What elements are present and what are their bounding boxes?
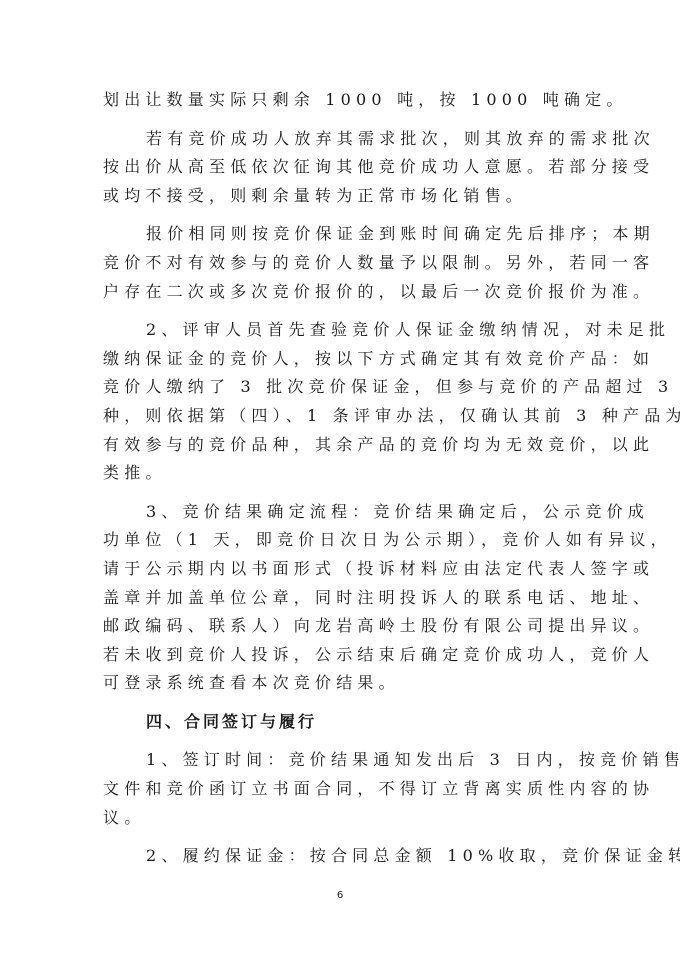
text-line: 竞价人缴纳了 3 批次竞价保证金，但参与竞价的产品超过 3 — [103, 373, 579, 402]
document-page: 划出让数量实际只剩余 1000 吨，按 1000 吨确定。 若有竞价成功人放弃其… — [0, 0, 680, 961]
text-line: 报价相同则按竞价保证金到账时间确定先后排序；本期 — [146, 220, 579, 249]
text-line: 缴纳保证金的竞价人，按以下方式确定其有效竞价产品：如 — [103, 345, 579, 374]
paragraph-result-process: 3、竞价结果确定流程：竞价结果确定后，公示竞价成 功单位（1 天，即竞价日次日为… — [103, 498, 579, 698]
text-line: 2、履约保证金：按合同总金额 10%收取，竞价保证金转 — [146, 842, 579, 871]
text-line: 种，则依据第（四）、1 条评审办法，仅确认其前 3 种产品为 — [103, 402, 579, 431]
text-line: 请于公示期内以书面形式（投诉材料应由法定代表人签字或 — [103, 555, 579, 584]
text-line: 或均不接受，则剩余量转为正常市场化销售。 — [103, 182, 579, 211]
text-line: 若有竞价成功人放弃其需求批次，则其放弃的需求批次 — [146, 125, 579, 154]
section-heading-contract: 四、合同签订与履行 — [103, 708, 579, 737]
text-line: 盖章并加盖单位公章，同时注明投诉人的联系电话、地址、 — [103, 584, 579, 613]
text-line: 竞价不对有效参与的竞价人数量予以限制。另外，若同一客 — [103, 249, 579, 278]
text-line: 类推。 — [103, 459, 579, 488]
text-line: 按出价从高至低依次征询其他竞价成功人意愿。若部分接受 — [103, 153, 579, 182]
paragraph-same-price-ordering: 报价相同则按竞价保证金到账时间确定先后排序；本期 竞价不对有效参与的竞价人数量予… — [103, 220, 579, 306]
text-line: 3、竞价结果确定流程：竞价结果确定后，公示竞价成 — [146, 498, 579, 527]
paragraph-signing-time: 1、签订时间：竞价结果通知发出后 3 日内，按竞价销售 文件和竞价函订立书面合同… — [103, 746, 579, 832]
text-line: 邮政编码、联系人）向龙岩高岭土股份有限公司提出异议。 — [103, 612, 579, 641]
paragraph-performance-bond: 2、履约保证金：按合同总金额 10%收取，竞价保证金转 — [103, 842, 579, 871]
paragraph-review-deposit: 2、评审人员首先查验竞价人保证金缴纳情况，对未足批 缴纳保证金的竞价人，按以下方… — [103, 316, 579, 488]
document-body: 划出让数量实际只剩余 1000 吨，按 1000 吨确定。 若有竞价成功人放弃其… — [103, 86, 579, 881]
heading-text: 四、合同签订与履行 — [146, 708, 579, 737]
text-line: 户存在二次或多次竞价报价的，以最后一次竞价报价为准。 — [103, 278, 579, 307]
text-line: 2、评审人员首先查验竞价人保证金缴纳情况，对未足批 — [146, 316, 579, 345]
paragraph-continuation: 划出让数量实际只剩余 1000 吨，按 1000 吨确定。 — [103, 86, 579, 115]
page-number: 6 — [0, 890, 680, 901]
text-line: 功单位（1 天，即竞价日次日为公示期），竞价人如有异议， — [103, 526, 579, 555]
text-line: 划出让数量实际只剩余 1000 吨，按 1000 吨确定。 — [103, 86, 579, 115]
text-line: 若未收到竞价人投诉，公示结束后确定竞价成功人，竞价人 — [103, 641, 579, 670]
text-line: 可登录系统查看本次竞价结果。 — [103, 669, 579, 698]
text-line: 议。 — [103, 804, 579, 833]
text-line: 有效参与的竞价品种，其余产品的竞价均为无效竞价，以此 — [103, 431, 579, 460]
text-line: 文件和竞价函订立书面合同，不得订立背离实质性内容的协 — [103, 775, 579, 804]
text-line: 1、签订时间：竞价结果通知发出后 3 日内，按竞价销售 — [146, 746, 579, 775]
paragraph-abandon-batch: 若有竞价成功人放弃其需求批次，则其放弃的需求批次 按出价从高至低依次征询其他竞价… — [103, 125, 579, 211]
